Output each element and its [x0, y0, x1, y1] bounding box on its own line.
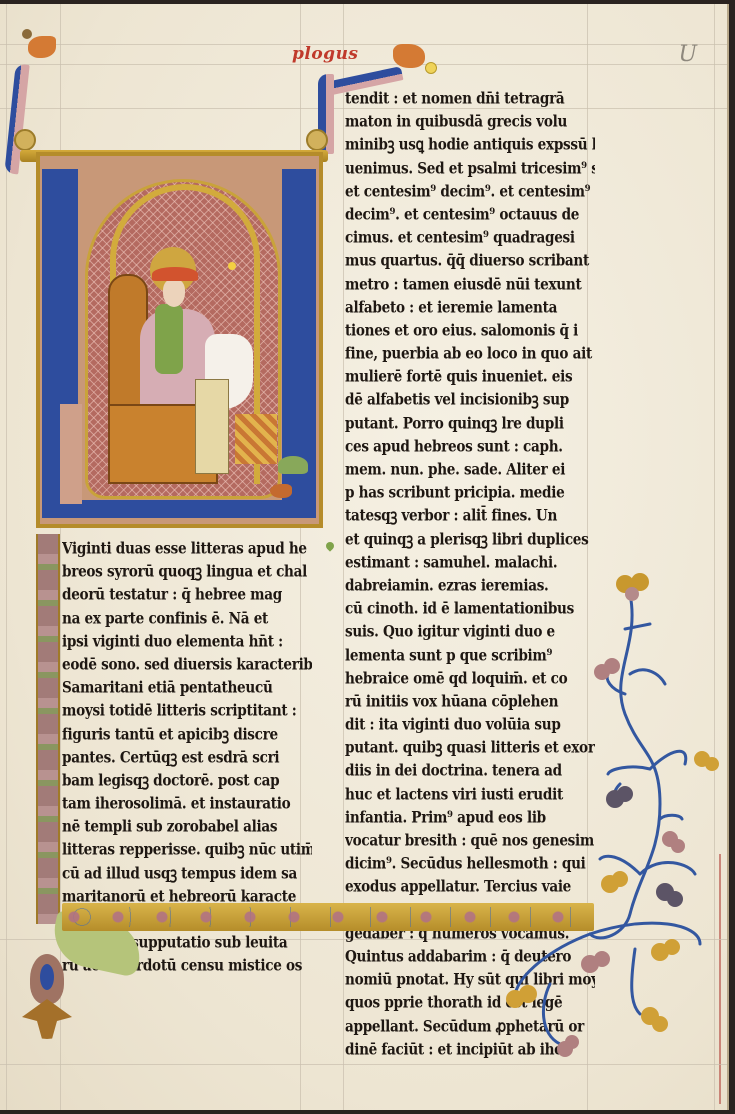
- bush-icon: [278, 456, 308, 474]
- checkered-floor: [235, 414, 277, 464]
- leaf-dot-icon: [324, 540, 335, 551]
- dragon-head-icon: [270, 484, 292, 498]
- gold-dot: [425, 62, 437, 74]
- initial-pink-band: [60, 404, 82, 504]
- scribe-green-cloak: [155, 304, 183, 374]
- knot-ornament: [306, 129, 328, 151]
- acanthus-border: [36, 534, 60, 924]
- dragon-head-icon: [393, 44, 425, 68]
- ruling-line: [0, 44, 727, 45]
- blue-vine-border: [490, 554, 729, 1064]
- manuscript-page: U plogus tendit : et nomen dn̄i tetragrā…: [0, 4, 729, 1110]
- knot-ornament: [14, 129, 36, 151]
- fleur-terminal-icon: [22, 999, 72, 1039]
- dragon-head-icon: [28, 36, 56, 58]
- folio-number: U: [678, 42, 697, 67]
- ruling-line: [343, 4, 344, 1110]
- scribe-face: [163, 279, 185, 307]
- initial-blue-band: [42, 500, 316, 518]
- lectern: [195, 379, 229, 474]
- gold-dot: [22, 29, 32, 39]
- star-icon: [228, 262, 236, 270]
- running-title: plogus: [292, 44, 359, 64]
- ruling-line: [0, 64, 727, 65]
- red-hat-icon: [152, 267, 198, 281]
- pod-ornament-blue: [40, 964, 54, 990]
